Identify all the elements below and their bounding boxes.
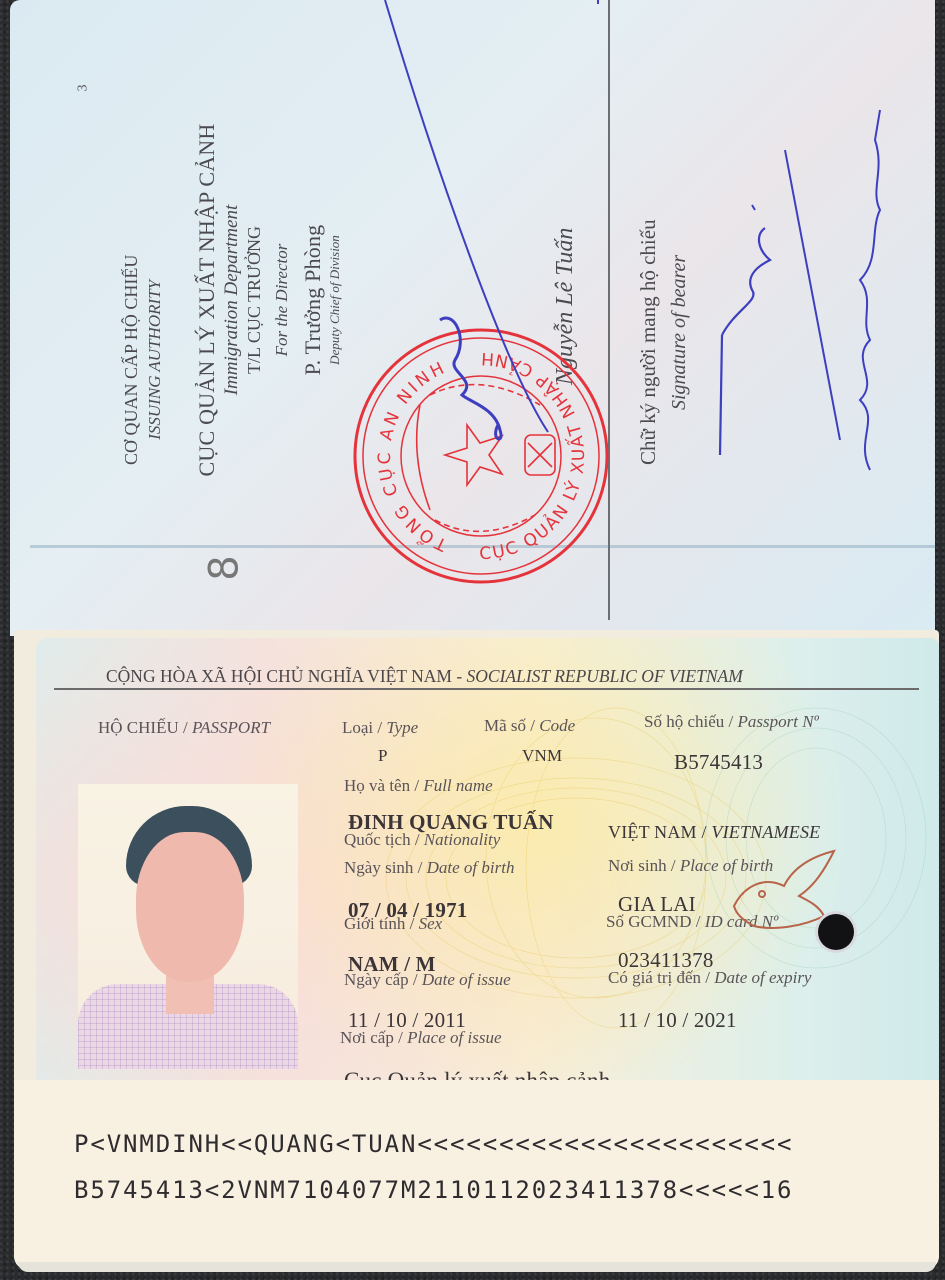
sex-label: Giới tính / Sex: [344, 914, 442, 934]
sex-label-en: Sex: [419, 914, 443, 933]
issuing-authority-block: CƠ QUAN CẤP HỘ CHIẾU ISSUING AUTHORITY: [122, 255, 187, 465]
passport-data-page: CỘNG HÒA XÃ HỘI CHỦ NGHĨA VIỆT NAM - SOC…: [14, 630, 939, 1270]
country-header-en: SOCIALIST REPUBLIC OF VIETNAM: [467, 666, 743, 686]
header-rule: [54, 688, 919, 690]
for-director-en: For the Director: [273, 85, 290, 515]
official-stamp-icon: TỔNG CỤC AN NINH CỤC QUẢN LÝ XUẤT NHẬP C…: [350, 325, 612, 587]
code-value: VNM: [522, 746, 562, 766]
nationality-label-vi: Quốc tịch /: [344, 830, 424, 849]
type-label-en: Type: [386, 718, 418, 737]
issue-place-label: Nơi cấp / Place of issue: [340, 1028, 501, 1048]
id-card-label-vi: Số GCMND /: [606, 912, 705, 931]
punch-hole: [818, 914, 854, 950]
svg-text:CỤC QUẢN LÝ XUẤT NHẬP CẢNH: CỤC QUẢN LÝ XUẤT NHẬP CẢNH: [479, 348, 589, 564]
pob-label-vi: Nơi sinh /: [608, 856, 680, 875]
expiry-date-label-en: Date of expiry: [714, 968, 811, 987]
expiry-date-label-vi: Có giá trị đến /: [608, 968, 714, 987]
portrait-face: [136, 832, 244, 982]
document-label: HỘ CHIẾU / PASSPORT: [98, 718, 270, 738]
type-label: Loại / Type: [342, 718, 418, 738]
issue-date-label: Ngày cấp / Date of issue: [344, 970, 511, 990]
mrz-line-2: B5745413<2VNM7104077M2110112023411378<<<…: [74, 1176, 793, 1204]
department-block: CỤC QUẢN LÝ XUẤT NHẬP CẢNH Immigration D…: [196, 85, 341, 515]
country-header-vi: CỘNG HÒA XÃ HỘI CHỦ NGHĨA VIỆT NAM -: [106, 666, 467, 686]
document-label-en: PASSPORT: [192, 718, 270, 737]
nationality-label-en: Nationality: [424, 830, 501, 849]
title-vi: P. Trưởng Phòng: [302, 85, 324, 515]
handwritten-mark: 8: [202, 555, 248, 580]
passport-no-label: Số hộ chiếu / Passport Nº: [644, 712, 819, 732]
passport-no-label-vi: Số hộ chiếu /: [644, 712, 738, 731]
passport-no-label-en: Passport Nº: [738, 712, 819, 731]
code-label: Mã số / Code: [484, 716, 575, 736]
department-vi: CỤC QUẢN LÝ XUẤT NHẬP CẢNH: [196, 85, 218, 515]
issuing-authority-vi: CƠ QUAN CẤP HỘ CHIẾU: [122, 255, 140, 465]
for-director-vi: T/L CỤC TRƯỞNG: [245, 85, 263, 515]
machine-readable-zone: P<VNMDINH<<QUANG<TUAN<<<<<<<<<<<<<<<<<<<…: [14, 1080, 939, 1270]
full-name-label-vi: Họ và tên /: [344, 776, 423, 795]
title-en: Deputy Chief of Division: [328, 85, 341, 515]
expiry-date-label: Có giá trị đến / Date of expiry: [608, 968, 811, 988]
passport-no-value: B5745413: [674, 750, 763, 775]
dob-label-vi: Ngày sinh /: [344, 858, 427, 877]
dob-label: Ngày sinh / Date of birth: [344, 858, 514, 878]
nationality-value-vi: VIỆT NAM /: [608, 822, 711, 842]
issue-place-label-en: Place of issue: [407, 1028, 501, 1047]
issue-date-label-en: Date of issue: [422, 970, 511, 989]
full-name-label-en: Full name: [423, 776, 492, 795]
document-label-vi: HỘ CHIẾU /: [98, 718, 192, 737]
code-label-vi: Mã số /: [484, 716, 539, 735]
nationality-label: Quốc tịch / Nationality: [344, 830, 500, 850]
nationality-value: VIỆT NAM / VIETNAMESE: [608, 822, 820, 843]
issuing-authority-en: ISSUING AUTHORITY: [146, 255, 163, 465]
country-header: CỘNG HÒA XÃ HỘI CHỦ NGHĨA VIỆT NAM - SOC…: [106, 666, 743, 687]
page-number: 3: [76, 85, 92, 92]
type-value: P: [378, 746, 388, 766]
issue-date-label-vi: Ngày cấp /: [344, 970, 422, 989]
department-en: Immigration Department: [222, 85, 241, 515]
dob-label-en: Date of birth: [427, 858, 515, 877]
page-stack-edge: [18, 1262, 936, 1272]
sex-label-vi: Giới tính /: [344, 914, 419, 933]
bearer-signature-label-vi: Chữ ký người mang hộ chiếu: [636, 219, 661, 465]
full-name-label: Họ và tên / Full name: [344, 776, 493, 796]
holder-portrait: [78, 784, 298, 1069]
bearer-signature-label-en: Signature of bearer: [668, 255, 691, 410]
code-label-en: Code: [539, 716, 575, 735]
issue-place-label-vi: Nơi cấp /: [340, 1028, 407, 1047]
nationality-value-en: VIETNAMESE: [711, 822, 820, 842]
mrz-line-1: P<VNMDINH<<QUANG<TUAN<<<<<<<<<<<<<<<<<<<…: [74, 1130, 793, 1158]
type-label-vi: Loại /: [342, 718, 386, 737]
expiry-date-value: 11 / 10 / 2021: [618, 1008, 737, 1033]
